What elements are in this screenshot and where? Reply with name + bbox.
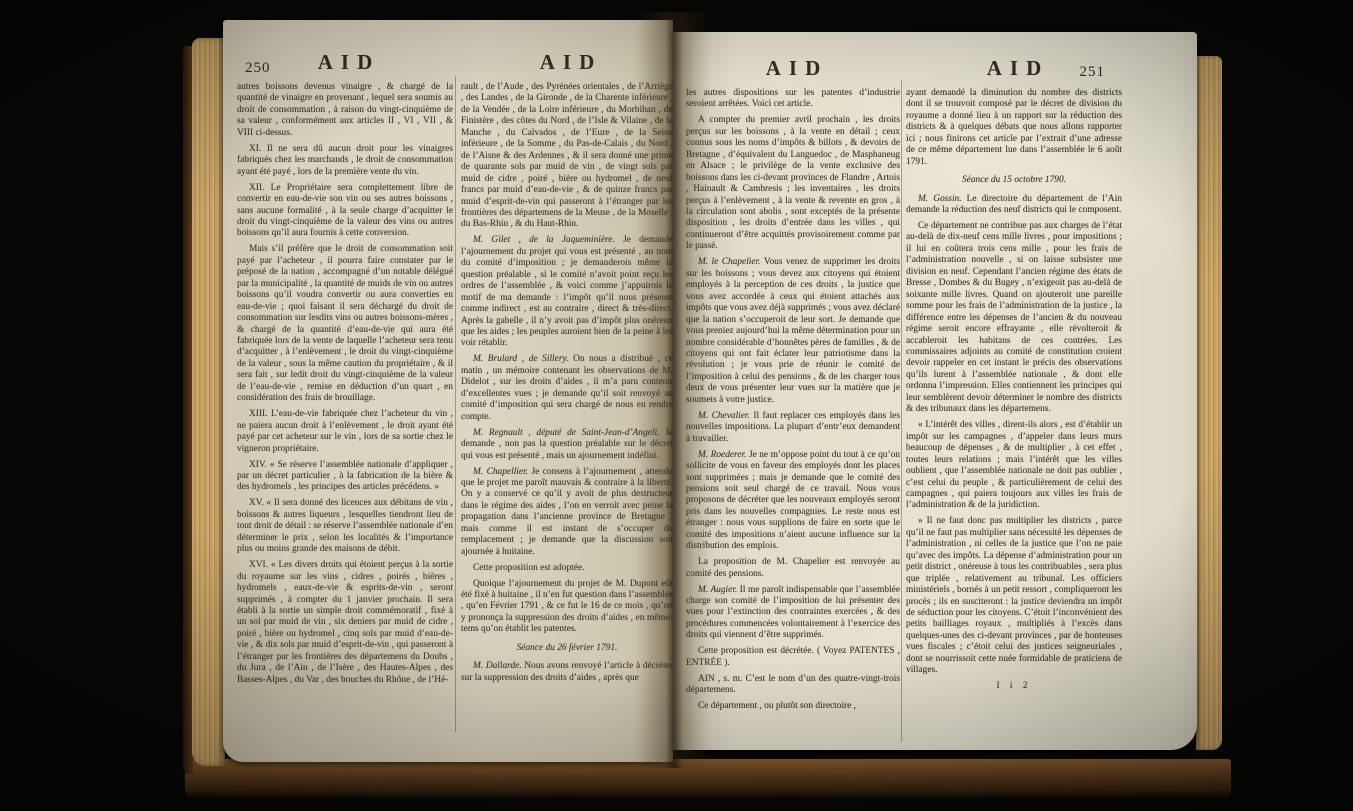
paragraph: Ce département ne contribue pas aux char… — [906, 221, 1122, 416]
column-2: AID rault , de l’Aude , des Pyrénées ori… — [461, 50, 673, 760]
column-divider-right-page — [901, 80, 902, 742]
paragraph: XIII. L’eau-de-vie fabriquée chez l’ache… — [237, 409, 453, 455]
speaker-name: M. Chevalier. — [698, 411, 753, 421]
column-3-text: les autres dispositions sur les patentes… — [686, 88, 900, 766]
column-3: AID les autres dispositions sur les pate… — [686, 56, 900, 766]
paragraph: M. Gilet , de la Jaqueminière. Je demand… — [461, 235, 673, 350]
page-251: 251 AID les autres dispositions sur les … — [673, 32, 1197, 750]
column-4-text: ayant demandé la diminution du nombre de… — [906, 88, 1122, 766]
paragraph: M. Roederer. Je ne m’oppose point du tou… — [686, 450, 900, 553]
speaker-name: M. Gossin. — [918, 194, 967, 204]
paragraph: A compter du premier avril prochain , le… — [686, 115, 900, 252]
speaker-name: M. le Chapelier. — [698, 257, 764, 267]
paragraph: M. Dallarde. Nous avons renvoyé l’articl… — [461, 661, 673, 684]
speaker-name: M. Dallarde. — [473, 661, 524, 671]
open-book: 250 AID autres boissons devenus vinaigre… — [183, 12, 1236, 802]
speaker-name: M. Brulard , de Sillery. — [473, 354, 573, 364]
column-1-text: autres boissons devenus vinaigre , & cha… — [237, 82, 453, 760]
paragraph: Mais s’il préfère que le droit de consom… — [237, 244, 453, 404]
running-head-col3: AID — [686, 56, 900, 80]
paragraph: XI. Il ne sera dû aucun droit pour les v… — [237, 144, 453, 178]
column-4: AID ayant demandé la diminution du nombr… — [906, 56, 1122, 766]
page-stack-left-fore-edge — [192, 38, 225, 766]
paragraph: les autres dispositions sur les patentes… — [686, 88, 900, 111]
paragraph: ayant demandé la diminution du nombre de… — [906, 88, 1122, 168]
paragraph: XVI. « Les divers droits qui étoient per… — [237, 560, 453, 686]
paragraph: « L’intérêt des villes , dirent-ils alor… — [906, 420, 1122, 512]
session-date-line: Séance du 15 octobre 1790. — [906, 175, 1122, 186]
running-head-col1: AID — [237, 50, 453, 74]
paragraph: » Il ne faut donc pas multiplier les dis… — [906, 516, 1122, 676]
paragraph: M. Gossin. Le directoire du département … — [906, 194, 1122, 217]
paragraph: Cette proposition est adoptée. — [461, 563, 673, 574]
session-date-line: Séance du 26 février 1791. — [461, 643, 673, 654]
page-stack-right-fore-edge — [1196, 56, 1222, 750]
paragraph: M. le Chapelier. Vous venez de supprimer… — [686, 257, 900, 406]
running-head-col2: AID — [461, 50, 673, 74]
paragraph: La proposition de M. Chapelier est renvo… — [686, 557, 900, 580]
paragraph: XIV. « Se réserve l’assemblée nationale … — [237, 460, 453, 494]
paragraph: M. Regnault , député de Saint-Jean-d’Ang… — [461, 428, 673, 462]
paragraph: M. Chevalier. Il faut replacer ces emplo… — [686, 411, 900, 445]
photo-background: 250 AID autres boissons devenus vinaigre… — [0, 0, 1353, 811]
page-250: 250 AID autres boissons devenus vinaigre… — [223, 20, 673, 762]
paragraph: Cette proposition est décrétée. ( Voyez … — [686, 646, 900, 669]
paragraph: Quoique l’ajournement du projet de M. Du… — [461, 579, 673, 636]
column-divider-left-page — [455, 76, 456, 732]
speaker-name: M. Regnault , député de Saint-Jean-d’Ang… — [473, 428, 665, 438]
paragraph: M. Brulard , de Sillery. On nous a distr… — [461, 354, 673, 423]
speaker-name: M. Chapellier. — [473, 467, 532, 477]
paragraph: rault , de l’Aude , des Pyrénées orienta… — [461, 82, 673, 231]
paragraph: M. Augier. Il me paroît indispensable qu… — [686, 585, 900, 642]
paragraph: autres boissons devenus vinaigre , & cha… — [237, 82, 453, 139]
paragraph: XV. « Il sera donné des licences aux déb… — [237, 498, 453, 555]
speaker-name: M. Augier. — [698, 585, 740, 595]
signature-mark: I i 2 — [906, 681, 1122, 692]
paragraph: XII. Le Propriétaire sera complettement … — [237, 183, 453, 240]
paragraph: M. Chapellier. Je consens à l’ajournemen… — [461, 467, 673, 559]
column-2-text: rault , de l’Aude , des Pyrénées orienta… — [461, 82, 673, 760]
running-head-col4: AID — [906, 56, 1122, 80]
paragraph: Ce département , ou plutôt son directoir… — [686, 701, 900, 712]
speaker-name: M. Roederer. — [698, 450, 749, 460]
paragraph: AIN , s. m. C’est le nom d’un des quatre… — [686, 674, 900, 697]
column-1: AID autres boissons devenus vinaigre , &… — [237, 50, 453, 760]
speaker-name: M. Gilet , de la Jaqueminière. — [473, 235, 623, 245]
